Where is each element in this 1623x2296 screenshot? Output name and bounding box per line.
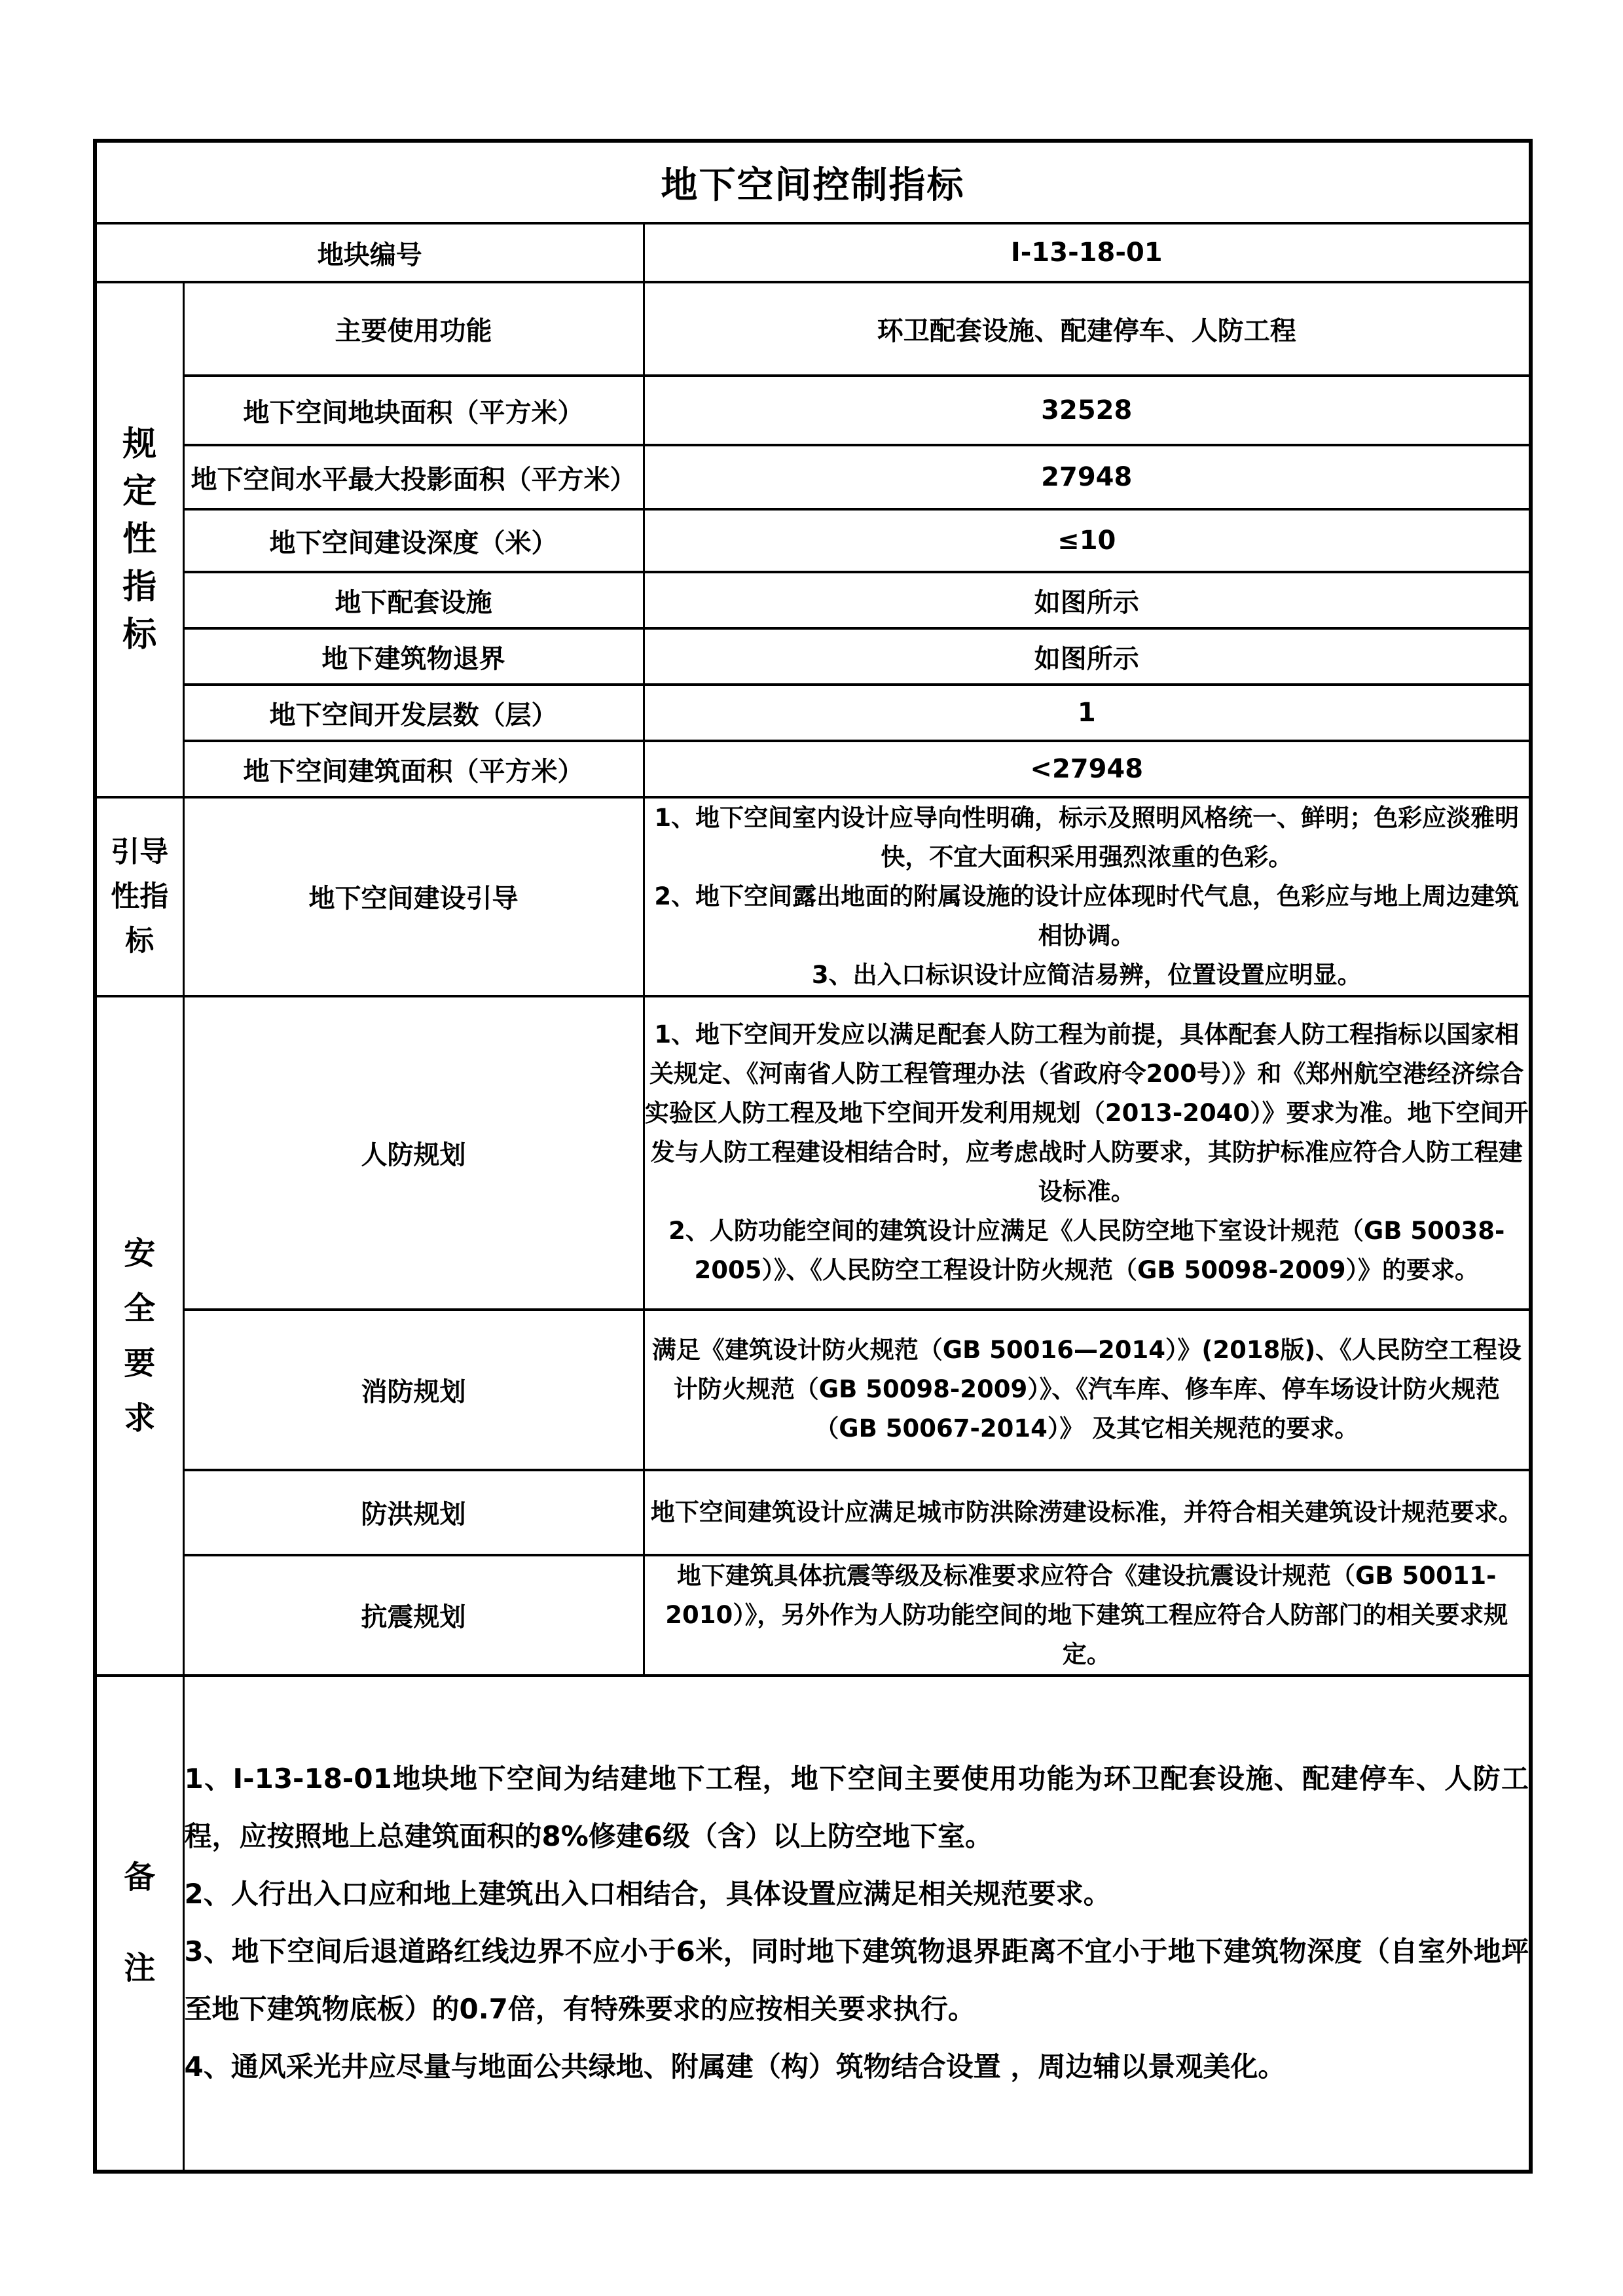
table-row: 地下建筑物退界 如图所示: [95, 628, 1531, 685]
table-row: 地下空间建设深度（米） ≤10: [95, 509, 1531, 572]
note-item: 3、地下空间后退道路红线边界不应小于6米，同时地下建筑物退界距离不宜小于地下建筑…: [185, 1923, 1529, 2038]
table-row: 地下配套设施 如图所示: [95, 572, 1531, 628]
table-row: 地下空间水平最大投影面积（平方米） 27948: [95, 445, 1531, 509]
page: { "title": "地下空间控制指标", "parcel": { "labe…: [0, 0, 1623, 2296]
table-row: 地下空间建筑面积（平方米） <27948: [95, 741, 1531, 797]
title-row: 地下空间控制指标: [95, 141, 1531, 223]
table-row: 安全要求 人防规划 1、地下空间开发应以满足配套人防工程为前提，具体配套人防工程…: [95, 996, 1531, 1310]
row-label-building-setback: 地下建筑物退界: [183, 628, 644, 685]
row-label-max-projection-area: 地下空间水平最大投影面积（平方米）: [183, 445, 644, 509]
row-label-main-function: 主要使用功能: [183, 282, 644, 376]
note-item: 4、通风采光井应尽量与地面公共绿地、附属建（构）筑物结合设置 ，周边辅以景观美化…: [185, 2038, 1529, 2096]
section-label-remarks-text: 备注: [122, 1832, 157, 2014]
row-label-support-facilities: 地下配套设施: [183, 572, 644, 628]
row-value-seismic-plan: 地下建筑具体抗震等级及标准要求应符合《建设抗震设计规范（GB 50011-201…: [644, 1555, 1531, 1676]
section-label-guidance: 引导性指标: [95, 797, 183, 996]
remarks-row: 备注 1、I-13-18-01地块地下空间为结建地下工程，地下空间主要使用功能为…: [95, 1676, 1531, 2172]
parcel-row: 地块编号 I-13-18-01: [95, 223, 1531, 282]
row-label-fire-protection-plan: 消防规划: [183, 1310, 644, 1470]
row-value-civil-defense-plan: 1、地下空间开发应以满足配套人防工程为前提，具体配套人防工程指标以国家相关规定、…: [644, 996, 1531, 1310]
row-label-parcel-area: 地下空间地块面积（平方米）: [183, 376, 644, 445]
section-label-regulatory: 规定性指标: [95, 282, 183, 797]
row-value-construction-guidance: 1、地下空间室内设计应导向性明确，标示及照明风格统一、鲜明；色彩应淡雅明快，不宜…: [644, 797, 1531, 996]
parcel-label: 地块编号: [95, 223, 644, 282]
row-value-development-floors: 1: [644, 685, 1531, 741]
row-value-support-facilities: 如图所示: [644, 572, 1531, 628]
table-row: 防洪规划 地下空间建筑设计应满足城市防洪除涝建设标准，并符合相关建筑设计规范要求…: [95, 1470, 1531, 1555]
row-value-max-projection-area: 27948: [644, 445, 1531, 509]
parcel-value: I-13-18-01: [644, 223, 1531, 282]
row-value-parcel-area: 32528: [644, 376, 1531, 445]
row-label-development-floors: 地下空间开发层数（层）: [183, 685, 644, 741]
row-label-seismic-plan: 抗震规划: [183, 1555, 644, 1676]
row-value-flood-control-plan: 地下空间建筑设计应满足城市防洪除涝建设标准，并符合相关建筑设计规范要求。: [644, 1470, 1531, 1555]
row-value-main-function: 环卫配套设施、配建停车、人防工程: [644, 282, 1531, 376]
table-row: 地下空间地块面积（平方米） 32528: [95, 376, 1531, 445]
section-label-guidance-text: 引导性指标: [109, 830, 170, 964]
page-title: 地下空间控制指标: [95, 141, 1531, 223]
table-row: 引导性指标 地下空间建设引导 1、地下空间室内设计应导向性明确，标示及照明风格统…: [95, 797, 1531, 996]
table-row: 地下空间开发层数（层） 1: [95, 685, 1531, 741]
row-value-construction-depth: ≤10: [644, 509, 1531, 572]
control-indicator-document: 地下空间控制指标 地块编号 I-13-18-01 规定性指标 主要使用功能 环卫…: [93, 139, 1529, 2174]
row-value-fire-protection-plan: 满足《建筑设计防火规范（GB 50016—2014）》(2018版)、《人民防空…: [644, 1310, 1531, 1470]
row-value-gross-floor-area: <27948: [644, 741, 1531, 797]
row-label-construction-guidance: 地下空间建设引导: [183, 797, 644, 996]
row-label-construction-depth: 地下空间建设深度（米）: [183, 509, 644, 572]
section-label-safety: 安全要求: [95, 996, 183, 1676]
row-value-building-setback: 如图所示: [644, 628, 1531, 685]
control-indicator-table: 地下空间控制指标 地块编号 I-13-18-01 规定性指标 主要使用功能 环卫…: [93, 139, 1533, 2174]
note-item: 2、人行出入口应和地上建筑出入口相结合，具体设置应满足相关规范要求。: [185, 1865, 1529, 1923]
table-row: 抗震规划 地下建筑具体抗震等级及标准要求应符合《建设抗震设计规范（GB 5001…: [95, 1555, 1531, 1676]
note-item: 1、I-13-18-01地块地下空间为结建地下工程，地下空间主要使用功能为环卫配…: [185, 1750, 1529, 1865]
remarks-content: 1、I-13-18-01地块地下空间为结建地下工程，地下空间主要使用功能为环卫配…: [183, 1676, 1531, 2172]
table-row: 规定性指标 主要使用功能 环卫配套设施、配建停车、人防工程: [95, 282, 1531, 376]
row-label-civil-defense-plan: 人防规划: [183, 996, 644, 1310]
section-label-regulatory-text: 规定性指标: [121, 421, 158, 659]
row-label-flood-control-plan: 防洪规划: [183, 1470, 644, 1555]
row-label-gross-floor-area: 地下空间建筑面积（平方米）: [183, 741, 644, 797]
table-row: 消防规划 满足《建筑设计防火规范（GB 50016—2014）》(2018版)、…: [95, 1310, 1531, 1470]
section-label-remarks: 备注: [95, 1676, 183, 2172]
section-label-safety-text: 安全要求: [122, 1226, 157, 1446]
